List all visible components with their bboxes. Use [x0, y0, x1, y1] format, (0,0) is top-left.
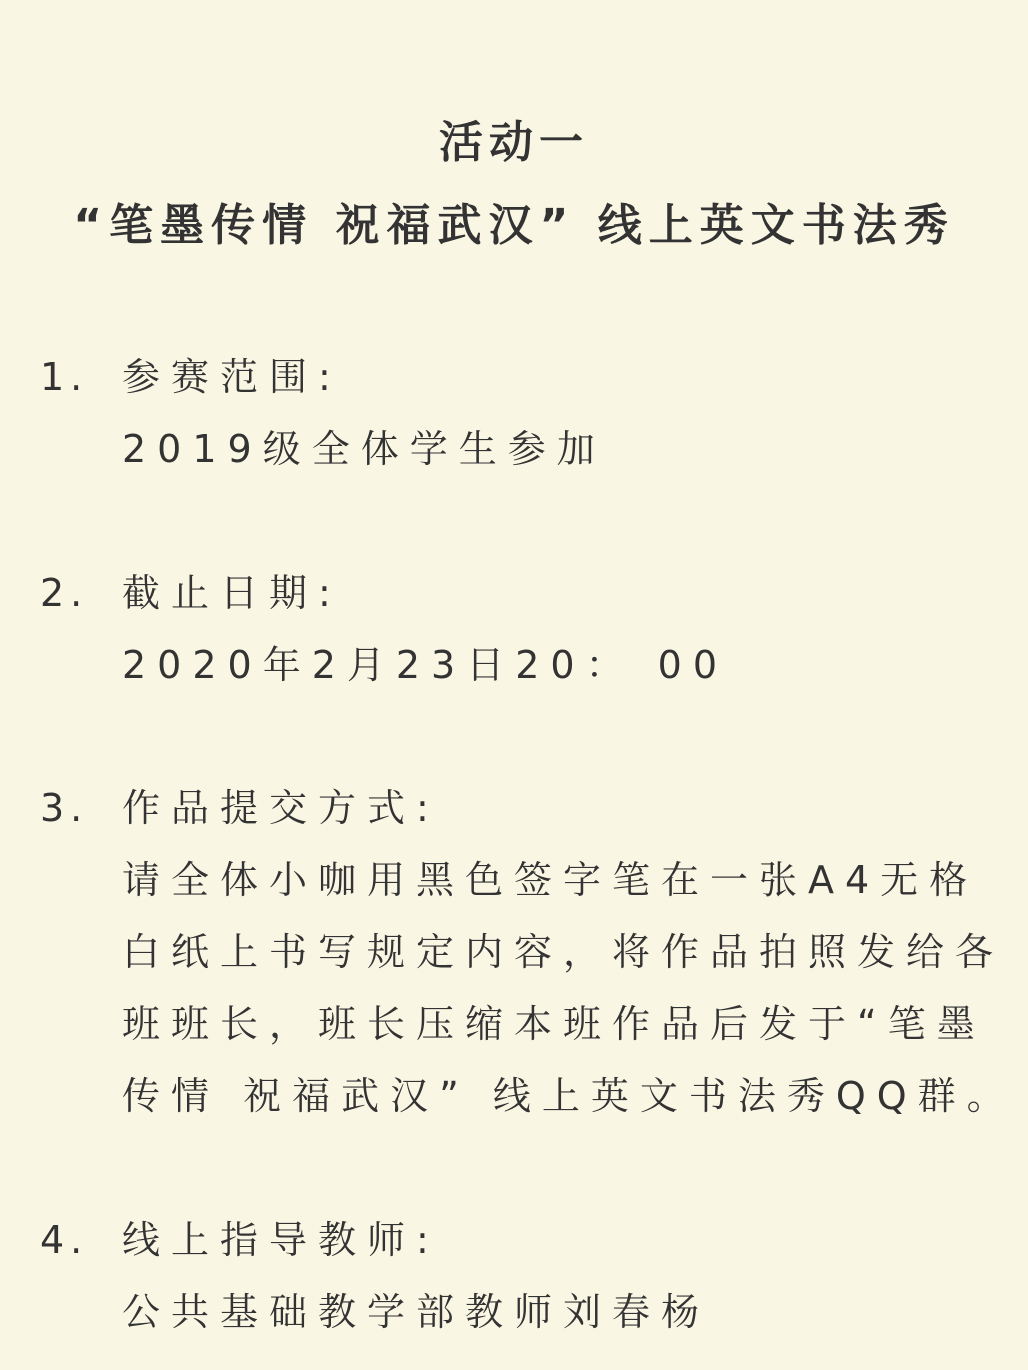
section-text: 传情 祝福武汉” 线上英文书法秀QQ群。 [122, 1071, 1016, 1121]
section-number: 3. [40, 783, 88, 833]
section-label: 作品提交方式: [122, 783, 440, 833]
section-label: 截止日期: [122, 568, 342, 618]
section-number: 1. [40, 352, 88, 402]
page-title: 活动一 [0, 115, 1028, 171]
section-text: 公共基础教学部教师刘春杨 [122, 1287, 710, 1337]
page-subtitle: “笔墨传情 祝福武汉” 线上英文书法秀 [0, 198, 1028, 254]
section-label: 线上指导教师: [122, 1215, 440, 1265]
section-text: 白纸上书写规定内容，将作品拍照发给各 [122, 927, 1004, 977]
section-label: 参赛范围: [122, 352, 342, 402]
section-text: 请全体小咖用黑色签字笔在一张A4无格 [122, 855, 978, 905]
section-text: 2020年2月23日20： 00 [122, 640, 728, 690]
section-number: 2. [40, 568, 88, 618]
section-text: 2019级全体学生参加 [122, 424, 606, 474]
section-number: 4. [40, 1215, 88, 1265]
section-text: 班班长，班长压缩本班作品后发于“笔墨 [122, 999, 986, 1049]
